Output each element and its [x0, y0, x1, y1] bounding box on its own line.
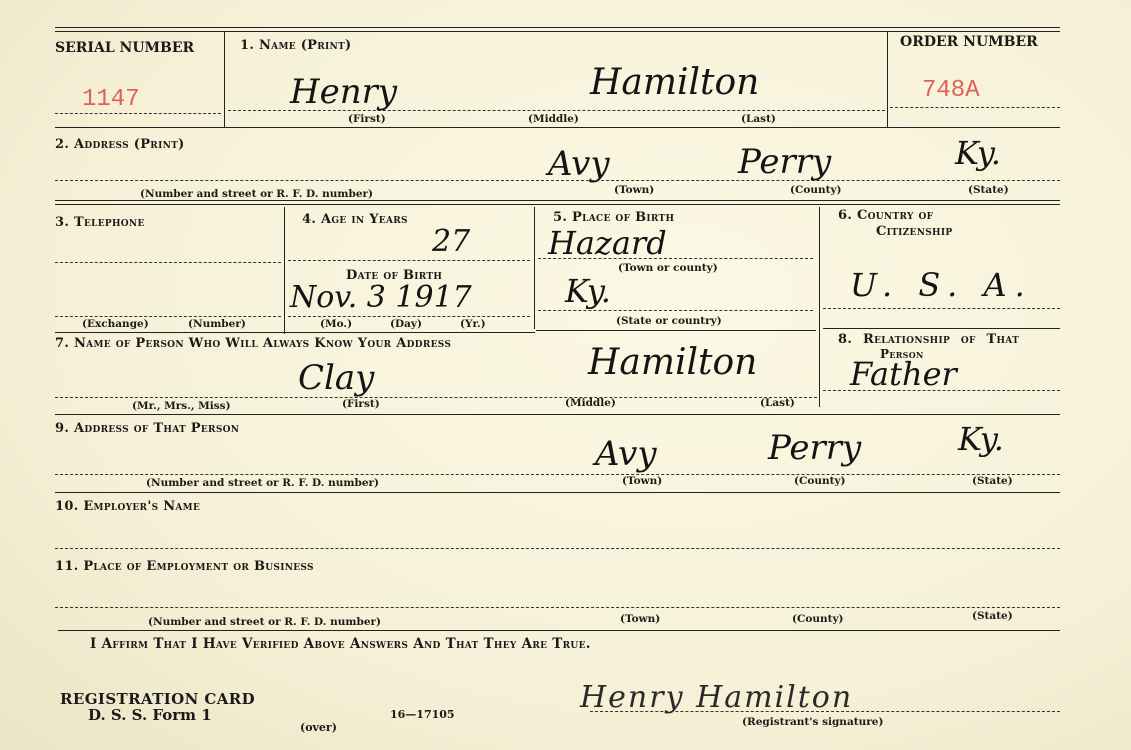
place-of-birth-line-2 [538, 310, 813, 311]
age-line [288, 260, 530, 261]
employment-place-street-caption: (Number and street or R. F. D. number) [148, 616, 381, 628]
dob-line [288, 316, 530, 317]
telephone-number-caption: (Number) [188, 318, 246, 330]
contact-person-label: 7. Name of Person Who Will Always Know Y… [55, 336, 451, 351]
contact-person-middle-caption: (Middle) [565, 397, 616, 409]
address-town-value: Avy [548, 144, 610, 184]
address-county-value: Perry [738, 142, 831, 182]
name-last-value: Hamilton [590, 62, 759, 103]
footer-form: D. S. S. Form 1 [88, 706, 212, 724]
contact-address-state-caption: (State) [972, 475, 1013, 487]
serial-number-label: SERIAL NUMBER [55, 40, 194, 56]
footer-over: (over) [300, 721, 337, 734]
address-town-caption: (Town) [614, 184, 654, 196]
employment-place-county-caption: (County) [792, 613, 844, 625]
employer-line [55, 548, 1060, 549]
dob-day-caption: (Day) [390, 318, 422, 330]
contact-person-last-caption: (Last) [760, 397, 795, 409]
contact-address-county-value: Perry [768, 428, 861, 468]
citizenship-line [823, 308, 1060, 309]
telephone-label: 3. Telephone [55, 215, 145, 230]
row5-bottom [55, 492, 1060, 493]
place-of-birth-town-value: Hazard [548, 224, 667, 262]
telephone-divider [284, 207, 285, 334]
place-of-birth-label: 5. Place of Birth [553, 210, 674, 225]
row4-bottom [55, 414, 1060, 415]
contact-address-county-caption: (County) [794, 475, 846, 487]
signature-value: Henry Hamilton [580, 680, 853, 715]
row3-bottom [55, 332, 535, 333]
contact-address-line [55, 474, 1060, 475]
row2-bottom [55, 200, 1060, 205]
employment-place-town-caption: (Town) [620, 613, 660, 625]
contact-person-first-value: Clay [298, 358, 374, 398]
serial-number-value: 1147 [82, 86, 140, 113]
contact-address-state-value: Ky. [958, 420, 1004, 458]
name-line [228, 110, 885, 111]
relationship-line [823, 390, 1060, 391]
citizenship-value: U. S. A. [850, 266, 1033, 304]
order-number-label: ORDER NUMBER [900, 34, 1038, 50]
name-last-caption: (Last) [741, 113, 776, 125]
address-label: 2. Address (Print) [55, 137, 185, 152]
telephone-line-1 [55, 262, 281, 263]
contact-person-line [55, 397, 817, 398]
place-of-birth-line-1 [538, 258, 813, 259]
serial-divider [224, 32, 225, 128]
name-middle-caption: (Middle) [528, 113, 579, 125]
dob-value: Nov. 3 1917 [290, 280, 472, 315]
relationship-label-1: 8. Relationship of That [838, 332, 1019, 347]
order-divider [887, 32, 888, 128]
telephone-exchange-caption: (Exchange) [82, 318, 149, 330]
age-value: 27 [432, 224, 470, 259]
employer-label: 10. Employer's Name [55, 499, 200, 514]
place-of-birth-bottom [536, 330, 816, 331]
address-street-caption: (Number and street or R. F. D. number) [140, 188, 373, 200]
place-of-birth-state-caption: (State or country) [616, 315, 722, 327]
address-line [55, 180, 1060, 181]
contact-person-first-caption: (First) [342, 398, 380, 410]
contact-person-last-value: Hamilton [588, 342, 757, 383]
contact-address-town-value: Avy [595, 434, 657, 474]
order-number-line [890, 107, 1060, 108]
serial-number-line [55, 113, 221, 114]
name-first-value: Henry [290, 72, 397, 112]
address-state-value: Ky. [955, 134, 1001, 172]
name-first-caption: (First) [348, 113, 386, 125]
affirmation-text: I Affirm That I Have Verified Above Answ… [90, 636, 591, 652]
place-of-birth-town-caption: (Town or county) [618, 262, 718, 274]
telephone-line-2 [55, 316, 281, 317]
footer-print-code: 16—17105 [390, 708, 455, 721]
employment-place-label: 11. Place of Employment or Business [55, 559, 314, 574]
row6-bottom [58, 630, 1060, 631]
signature-line [590, 711, 1060, 712]
contact-address-label: 9. Address of That Person [55, 421, 239, 436]
contact-person-title-caption: (Mr., Mrs., Miss) [132, 400, 231, 412]
citizenship-divider [819, 207, 820, 407]
age-divider [534, 207, 535, 329]
address-county-caption: (County) [790, 184, 842, 196]
citizenship-bottom [823, 328, 1060, 329]
signature-caption: (Registrant's signature) [742, 716, 883, 728]
citizenship-label-1: 6. Country of [838, 208, 933, 223]
dob-yr-caption: (Yr.) [460, 318, 486, 330]
dob-mo-caption: (Mo.) [320, 318, 352, 330]
contact-address-street-caption: (Number and street or R. F. D. number) [146, 477, 379, 489]
order-number-value: 748A [922, 77, 980, 104]
address-state-caption: (State) [968, 184, 1009, 196]
citizenship-label-2: Citizenship [876, 224, 952, 239]
employment-place-line [55, 607, 1060, 608]
name-label: 1. Name (Print) [240, 38, 352, 53]
contact-address-town-caption: (Town) [622, 475, 662, 487]
top-border [55, 27, 1060, 32]
relationship-value: Father [850, 355, 957, 393]
age-label: 4. Age in Years [302, 212, 408, 227]
row1-bottom [55, 127, 1060, 128]
employment-place-state-caption: (State) [972, 610, 1013, 622]
place-of-birth-state-value: Ky. [565, 272, 611, 310]
